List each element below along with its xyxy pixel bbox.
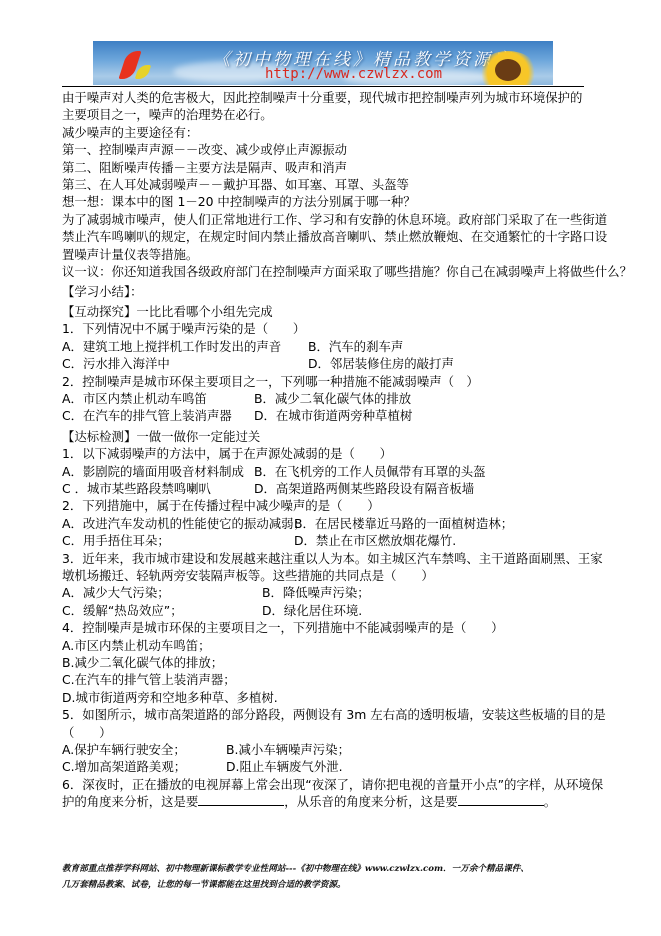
- question-stem: 2．下列措施中，属于在传播过程中减少噪声的是（ ）: [62, 497, 622, 514]
- option-c: C ．城市某些路段禁鸣喇叭: [62, 480, 254, 497]
- option-d: D．绿化居住环境.: [262, 602, 362, 619]
- options-row: A．影剧院的墙面用吸音材料制成 B．在飞机旁的工作人员佩带有耳罩的头盔: [62, 463, 622, 480]
- option-a: A．市区内禁止机动车鸣笛: [62, 390, 254, 407]
- option-c: C．用手捂住耳朵；: [62, 532, 294, 549]
- option-d: D．邻居装修住房的敲打声: [308, 355, 454, 372]
- answer-paren: （ ）: [62, 724, 622, 741]
- option-d: D．在城市街道两旁种草植树: [254, 407, 412, 424]
- options-row: C.增加高架道路美观； D.阻止车辆废气外泄.: [62, 758, 622, 775]
- option-d: D．禁止在市区燃放烟花爆竹.: [294, 532, 456, 549]
- site-banner: 《初中物理在线》精品教学资源库 http://www.czwlzx.com: [93, 41, 553, 85]
- answer-blank-2[interactable]: [458, 793, 544, 806]
- option-a: A．改进汽车发动机的性能使它的振动减弱；: [62, 515, 294, 532]
- option-c: C．在汽车的排气管上装消声器: [62, 407, 254, 424]
- question-stem: 6．深夜时，正在播放的电视屏幕上常会出现“夜深了，请你把电视的音量开小点”的字样…: [62, 776, 622, 793]
- question-stem: 1．下列情况中不属于噪声污染的是（ ）: [62, 320, 622, 337]
- option-a: A．影剧院的墙面用吸音材料制成: [62, 463, 254, 480]
- options-row: A．改进汽车发动机的性能使它的振动减弱； B．在居民楼靠近马路的一面植树造林；: [62, 515, 622, 532]
- footer-line: 教育部重点推荐学科网站、初中物理新课标教学专业性网站---《初中物理在线》www…: [62, 861, 602, 877]
- header-divider: [62, 86, 584, 87]
- option-b: B．降低噪声污染；: [262, 584, 370, 601]
- sunflower-icon: [478, 49, 538, 85]
- options-row: A．建筑工地上搅拌机工作时发出的声音 B．汽车的刹车声: [62, 338, 622, 355]
- government-measures-paragraph: 为了减弱城市噪声，使人们正常地进行工作、学习和有安静的休息环境。政府部门采取了在…: [62, 211, 610, 263]
- ways-heading: 减少噪声的主要途径有：: [62, 124, 622, 141]
- option-c: C．缓解“热岛效应”；: [62, 602, 262, 619]
- options-row: C．用手捂住耳朵； D．禁止在市区燃放烟花爆竹.: [62, 532, 622, 549]
- option-d: D.城市街道两旁和空地多种草、多植树.: [62, 689, 622, 706]
- options-row: A．市区内禁止机动车鸣笛 B．减少二氧化碳气体的排放: [62, 390, 622, 407]
- way-item: 第二、阻断噪声传播－主要方法是隔声、吸声和消声: [62, 159, 622, 176]
- footer-line: 几万套精品教案、试卷，让您的每一节课都能在这里找到合适的教学资源。: [62, 877, 602, 893]
- options-row: A．减少大气污染； B．降低噪声污染；: [62, 584, 622, 601]
- option-b: B．在居民楼靠近马路的一面植树造林；: [294, 515, 513, 532]
- option-a: A.保护车辆行驶安全；: [62, 741, 226, 758]
- way-item: 第三、在人耳处减弱噪声－－戴护耳器、如耳塞、耳罩、头盔等: [62, 176, 622, 193]
- option-c: C.在汽车的排气管上装消声器；: [62, 671, 622, 688]
- options-row: A.保护车辆行驶安全； B.减小车辆噪声污染；: [62, 741, 622, 758]
- options-row: C ．城市某些路段禁鸣喇叭 D．高架道路两侧某些路段设有隔音板墙: [62, 480, 622, 497]
- option-d: D．高架道路两侧某些路段设有隔音板墙: [254, 480, 474, 497]
- discuss-prompt: 议一议：你还知道我国各级政府部门在控制噪声方面采取了哪些措施？你自己在减弱噪声上…: [62, 263, 622, 280]
- option-a: A．建筑工地上搅拌机工作时发出的声音: [62, 338, 308, 355]
- options-row: C．缓解“热岛效应”； D．绿化居住环境.: [62, 602, 622, 619]
- summary-heading: 【学习小结】：: [62, 283, 622, 300]
- option-a: A.市区内禁止机动车鸣笛；: [62, 637, 622, 654]
- test-heading: 【达标检测】一做一做你一定能过关: [62, 428, 622, 445]
- option-b: B.减少二氧化碳气体的排放；: [62, 654, 622, 671]
- question-stem: 1．以下减弱噪声的方法中，属于在声源处减弱的是（ ）: [62, 445, 622, 462]
- banner-url: http://www.czwlzx.com: [265, 66, 442, 82]
- option-d: D.阻止车辆废气外泄.: [226, 758, 343, 775]
- option-b: B．减少二氧化碳气体的排放: [254, 390, 411, 407]
- question-stem: 3．近年来，我市城市建设和发展越来越注重以人为本。如主城区汽车禁鸣、主干道路面刷…: [62, 550, 610, 585]
- think-prompt: 想一想：课本中的图 1－20 中控制噪声的方法分别属于哪一种？: [62, 193, 622, 210]
- intro-paragraph: 由于噪声对人类的危害极大，因此控制噪声十分重要，现代城市把控制噪声列为城市环境保…: [62, 89, 590, 124]
- interactive-heading: 【互动探究】一比比看哪个小组先完成: [62, 303, 622, 320]
- question-stem: 2．控制噪声是城市环保主要项目之一，下列哪一种措施不能减弱噪声（ ）: [62, 373, 622, 390]
- option-a: A．减少大气污染；: [62, 584, 262, 601]
- options-row: C．污水排入海洋中 D．邻居装修住房的敲打声: [62, 355, 622, 372]
- fill-in-line: 护的角度来分析，这是要，从乐音的角度来分析，这是要。: [62, 793, 622, 810]
- option-c: C．污水排入海洋中: [62, 355, 308, 372]
- options-row: C．在汽车的排气管上装消声器 D．在城市街道两旁种草植树: [62, 407, 622, 424]
- way-item: 第一、控制噪声声源－－改变、减少或停止声源振动: [62, 141, 622, 158]
- option-b: B．在飞机旁的工作人员佩带有耳罩的头盔: [254, 463, 486, 480]
- option-b: B．汽车的刹车声: [308, 338, 403, 355]
- option-c: C.增加高架道路美观；: [62, 758, 226, 775]
- page-footer: 教育部重点推荐学科网站、初中物理新课标教学专业性网站---《初中物理在线》www…: [62, 861, 602, 893]
- document-body: 由于噪声对人类的危害极大，因此控制噪声十分重要，现代城市把控制噪声列为城市环境保…: [62, 89, 622, 811]
- option-b: B.减小车辆噪声污染；: [226, 741, 350, 758]
- question-stem: 5．如图所示，城市高架道路的部分路段，两侧设有 3m 左右高的透明板墙，安装这些…: [62, 706, 622, 723]
- answer-blank-1[interactable]: [198, 793, 284, 806]
- question-stem: 4．控制噪声是城市环保的主要项目之一，下列措施中不能减弱噪声的是（ ）: [62, 619, 622, 636]
